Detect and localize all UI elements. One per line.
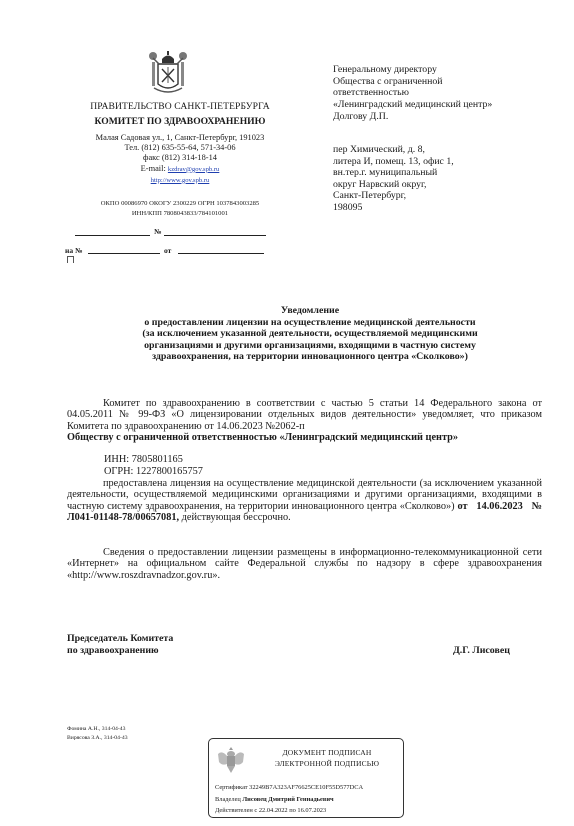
body-paragraph-2: предоставлена лицензия на осуществление … bbox=[67, 478, 542, 523]
org-inn: ИНН: 7805801165 bbox=[104, 454, 183, 465]
registration-codes: ОКПО 00086970 ОКОГУ 2300229 ОГРН 1037843… bbox=[60, 199, 300, 219]
document-title: Уведомление о предоставлении лицензии на… bbox=[60, 305, 560, 363]
number-sign: № bbox=[154, 227, 162, 236]
email-link[interactable]: kzdrav@gov.spb.ru bbox=[168, 166, 219, 173]
addressee-block: Генеральному директору Общества с ограни… bbox=[333, 64, 563, 123]
email-label: E-mail: bbox=[141, 164, 168, 173]
executor: Вирясова З.А., 314-04-43 bbox=[67, 734, 128, 743]
committee-phone: Тел. (812) 635-55-64, 571-34-06 bbox=[60, 143, 300, 153]
electronic-signature-stamp: ДОКУМЕНТ ПОДПИСАН ЭЛЕКТРОННОЙ ПОДПИСЬЮ С… bbox=[208, 738, 404, 818]
executor: Фомина А.Н., 314-04-43 bbox=[67, 725, 128, 734]
address-line: округ Нарвский округ, bbox=[333, 179, 563, 191]
inn-kpp: ИНН/КПП 7808043833/784101001 bbox=[60, 209, 300, 219]
title-line: здравоохранения, на территории инновацио… bbox=[60, 351, 560, 363]
stamp-title: ДОКУМЕНТ ПОДПИСАН ЭЛЕКТРОННОЙ ПОДПИСЬЮ bbox=[253, 748, 401, 769]
committee-address: Малая Садовая ул., 1, Санкт-Петербург, 1… bbox=[60, 133, 300, 143]
signer-position-line: Председатель Комитета bbox=[67, 633, 173, 645]
executors-list: Фомина А.Н., 314-04-43 Вирясова З.А., 31… bbox=[67, 725, 128, 743]
committee-fax: факс (812) 314-18-14 bbox=[60, 153, 300, 163]
contact-block: Малая Садовая ул., 1, Санкт-Петербург, 1… bbox=[60, 133, 300, 186]
on-number-label: на № bbox=[65, 246, 82, 255]
committee-name: КОМИТЕТ ПО ЗДРАВООХРАНЕНИЮ bbox=[60, 116, 300, 127]
organization-name: Обществу с ограниченной ответственностью… bbox=[67, 432, 542, 443]
addressee-line: Генеральному директору bbox=[333, 64, 563, 76]
certificate-serial: 32249B7A323AF76625CE10F55D577DCA bbox=[249, 784, 363, 791]
signer-position-line: по здравоохранению bbox=[67, 645, 173, 657]
addressee-line: Общества с ограниченной bbox=[333, 76, 563, 88]
owner-label: Владелец bbox=[215, 796, 242, 803]
addressee-line: ответственностью bbox=[333, 87, 563, 99]
corner-bracket bbox=[67, 256, 74, 263]
from-label: от bbox=[164, 246, 171, 255]
validity-period: Действителен с 22.04.2022 по 16.07.2023 bbox=[215, 807, 326, 814]
address-line: пер Химический, д. 8, bbox=[333, 144, 563, 156]
body-paragraph-1: Комитет по здравоохранению в соответстви… bbox=[67, 398, 542, 443]
title-line: (за исключением указанной деятельности, … bbox=[60, 328, 560, 340]
title-line: о предоставлении лицензии на осуществлен… bbox=[60, 317, 560, 329]
certificate-label: Сертификат bbox=[215, 784, 249, 791]
signer-name: Д.Г. Лисовец bbox=[453, 645, 510, 656]
committee-email-row: E-mail: kzdrav@gov.spb.ru bbox=[60, 164, 300, 175]
certificate-row: Сертификат 32249B7A323AF76625CE10F55D577… bbox=[215, 784, 363, 791]
address-line: вн.тер.г. муниципальный bbox=[333, 167, 563, 179]
title-line: организациями и другими организациями, в… bbox=[60, 340, 560, 352]
addressee-address: пер Химический, д. 8, литера И, помещ. 1… bbox=[333, 144, 563, 213]
owner-name: Лисовец Дмитрий Геннадьевич bbox=[242, 796, 333, 803]
addressee-line: «Ленинградский медицинский центр» bbox=[333, 99, 563, 111]
address-line: 198095 bbox=[333, 202, 563, 214]
addressee-line: Долгову Д.П. bbox=[333, 111, 563, 123]
okpo-okogu-ogrn: ОКПО 00086970 ОКОГУ 2300229 ОГРН 1037843… bbox=[60, 199, 300, 209]
incoming-number-line bbox=[88, 253, 160, 254]
body-paragraph-3: Сведения о предоставлении лицензии разме… bbox=[67, 547, 542, 581]
title-heading: Уведомление bbox=[60, 305, 560, 317]
government-name: ПРАВИТЕЛЬСТВО САНКТ-ПЕТЕРБУРГА bbox=[60, 101, 300, 112]
paragraph-text: Комитет по здравоохранению в соответстви… bbox=[67, 398, 542, 432]
license-validity: действующая бессрочно. bbox=[182, 512, 291, 523]
russian-coat-of-arms-icon bbox=[216, 744, 246, 776]
date-line bbox=[75, 235, 150, 236]
address-line: литера И, помещ. 13, офис 1, bbox=[333, 156, 563, 168]
address-line: Санкт-Петербург, bbox=[333, 190, 563, 202]
spb-coat-of-arms-icon bbox=[145, 50, 191, 96]
stamp-title-line: ЭЛЕКТРОННОЙ ПОДПИСЬЮ bbox=[253, 759, 401, 770]
stamp-title-line: ДОКУМЕНТ ПОДПИСАН bbox=[253, 748, 401, 759]
owner-row: Владелец Лисовец Дмитрий Геннадьевич bbox=[215, 796, 334, 803]
incoming-date-line bbox=[178, 253, 264, 254]
website-link[interactable]: http://www.gov.spb.ru bbox=[151, 177, 210, 184]
org-ogrn: ОГРН: 1227800165757 bbox=[104, 466, 203, 477]
number-line bbox=[164, 235, 266, 236]
signer-position: Председатель Комитета по здравоохранению bbox=[67, 633, 173, 658]
